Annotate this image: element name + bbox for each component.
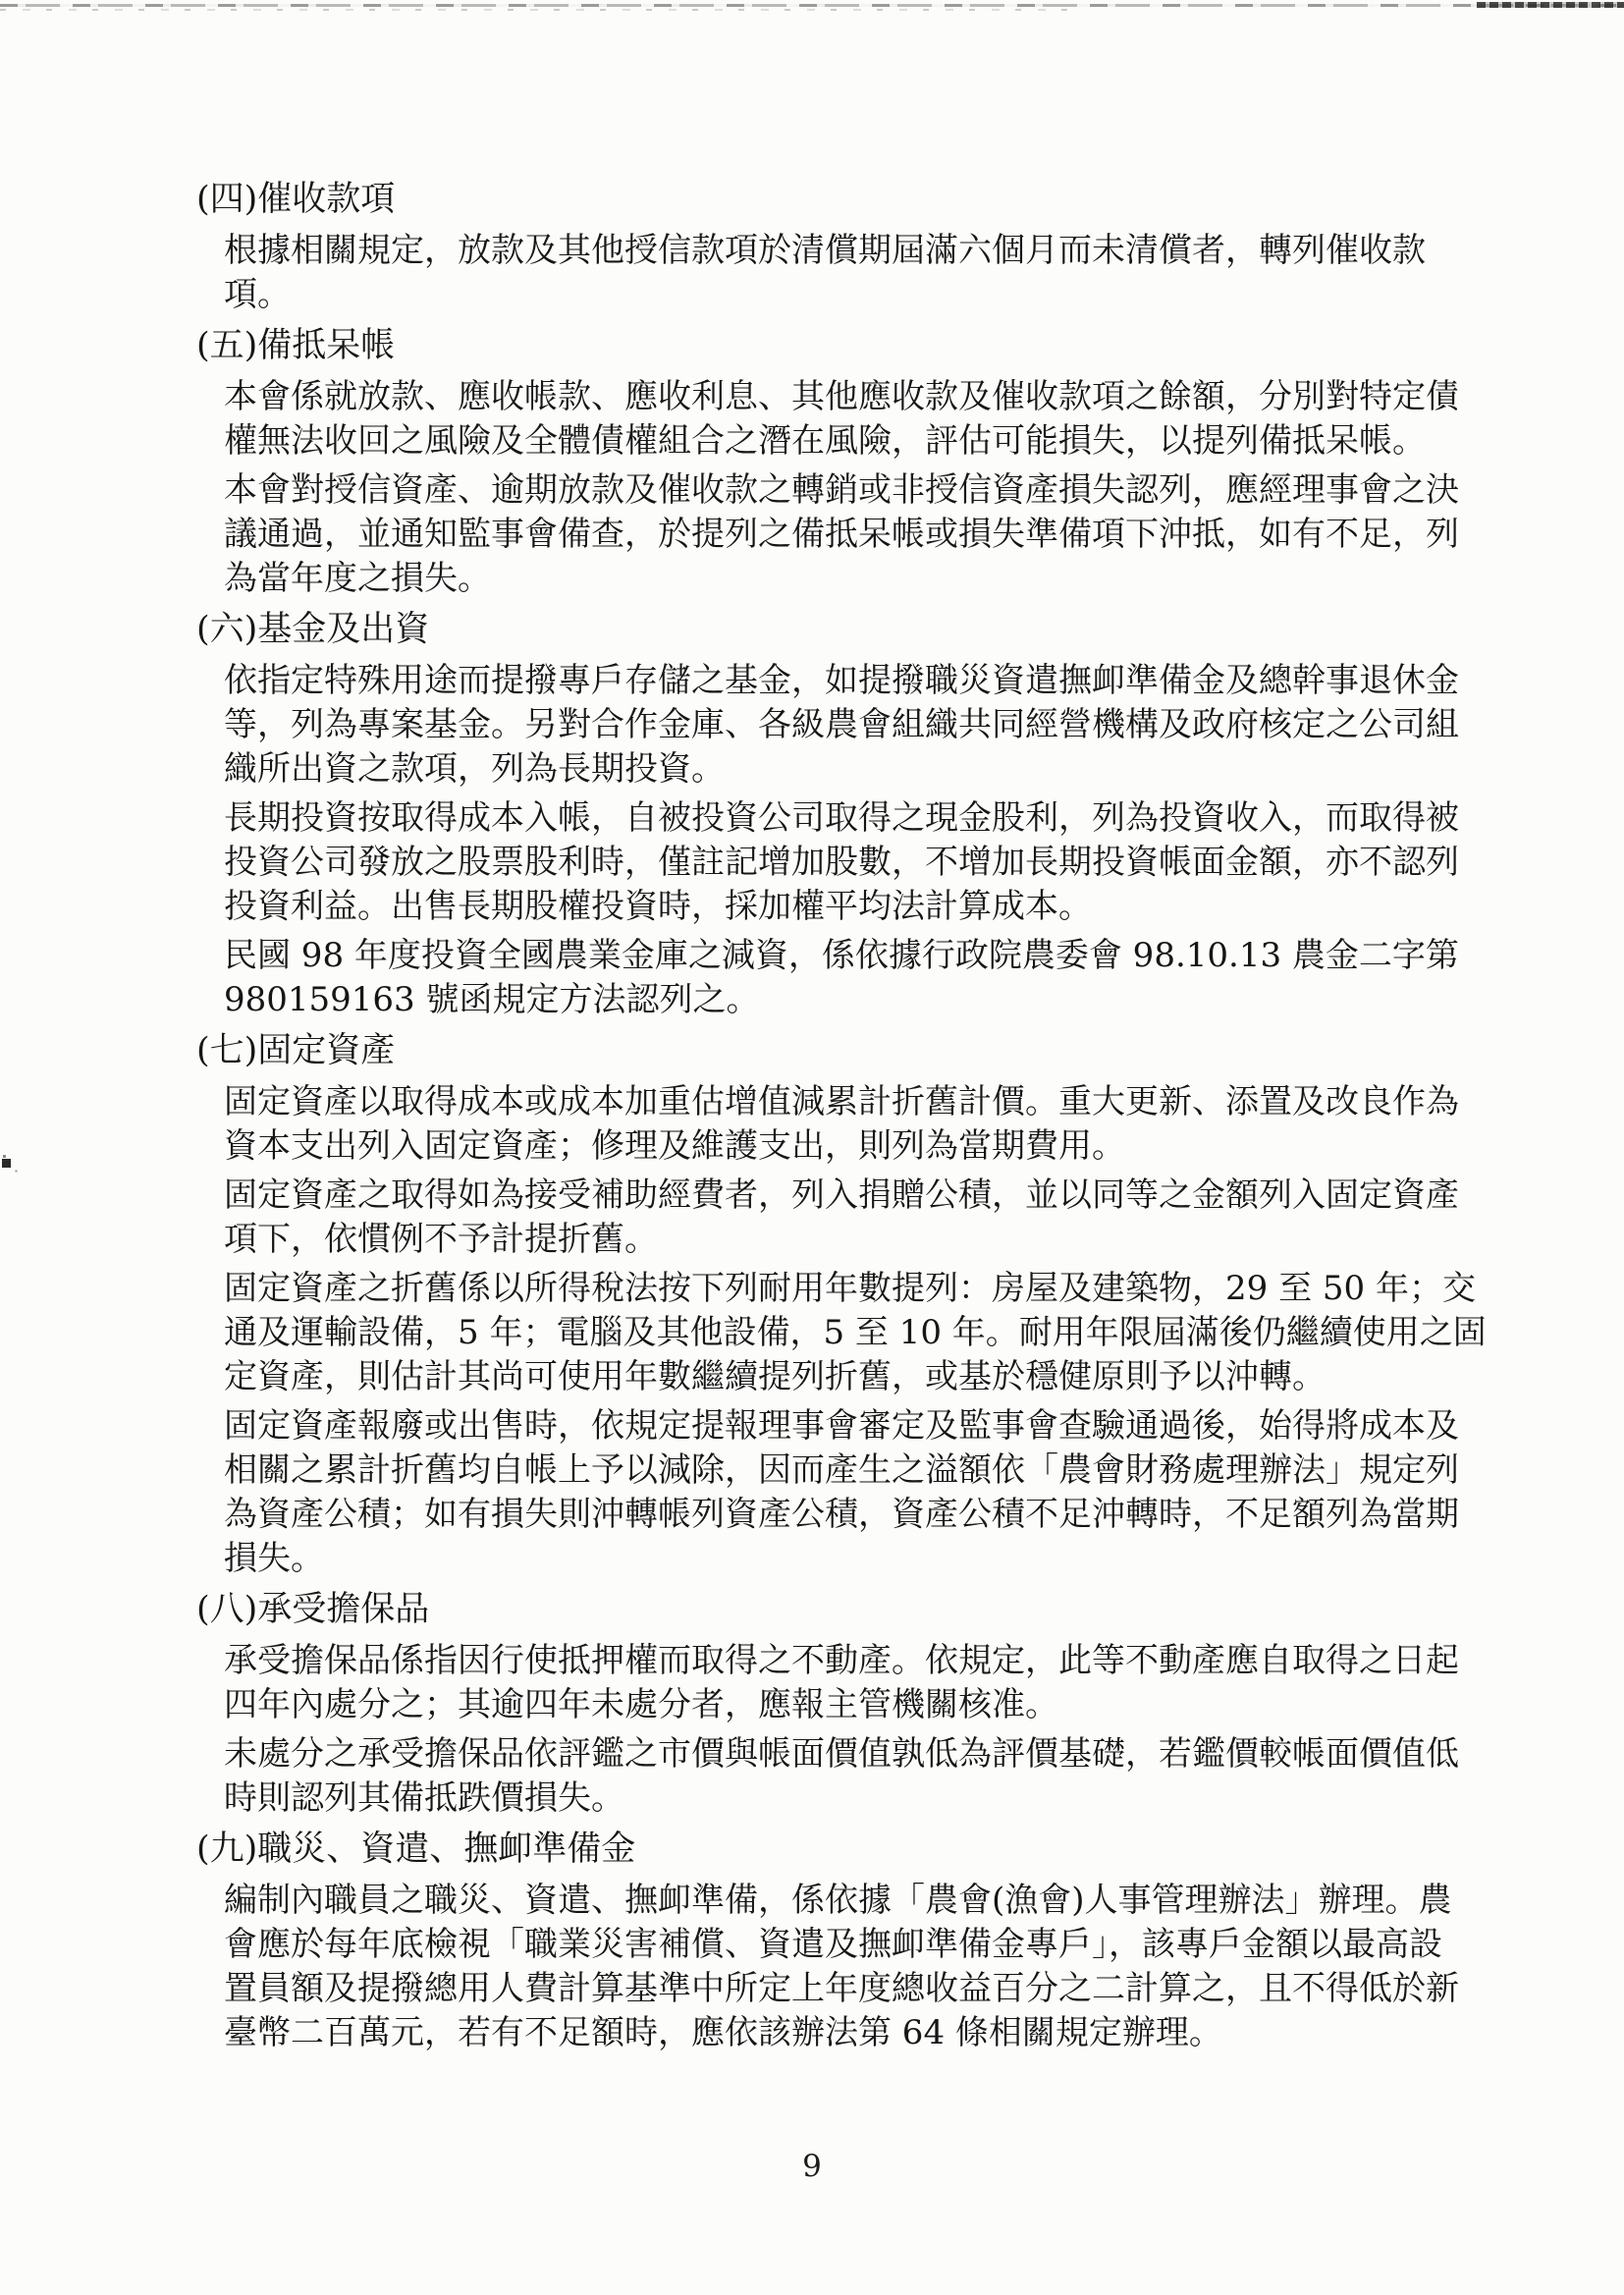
section-heading: (六)基金及出資 [196, 607, 429, 652]
body-line: 承受擔保品係指因行使抵押權而取得之不動產。依規定，此等不動產應自取得之日起 [224, 1638, 1459, 1683]
body-line: 四年內處分之；其逾四年未處分者，應報主管機關核准。 [224, 1682, 1058, 1727]
body-line: 本會對授信資產、逾期放款及催收款之轉銷或非授信資產損失認列，應經理事會之決 [224, 467, 1459, 513]
body-line: 項。 [224, 272, 291, 317]
body-line: 固定資產報廢或出售時，依規定提報理事會審定及監事會查驗通過後，始得將成本及 [224, 1403, 1459, 1448]
body-line: 本會係就放款、應收帳款、應收利息、其他應收款及催收款項之餘額，分別對特定債 [224, 374, 1459, 419]
scan-artifact-speck [2, 1159, 11, 1168]
section-heading: (四)催收款項 [196, 177, 395, 222]
body-line: 權無法收回之風險及全體債權組合之潛在風險，評估可能損失，以提列備抵呆帳。 [224, 418, 1426, 464]
body-line: 編制內職員之職災、資遣、撫卹準備，係依據「農會(漁會)人事管理辦法」辦理。農 [224, 1878, 1452, 1923]
page-number: 9 [0, 2149, 1624, 2184]
body-line: 議通過，並通知監事會備查，於提列之備抵呆帳或損失準備項下沖抵，如有不足，列 [224, 512, 1459, 557]
body-line: 長期投資按取得成本入帳，自被投資公司取得之現金股利，列為投資收入，而取得被 [224, 795, 1459, 841]
body-line: 定資產，則估計其尚可使用年數繼續提列折舊，或基於穩健原則予以沖轉。 [224, 1354, 1326, 1399]
body-line: 固定資產之取得如為接受補助經費者，列入捐贈公積，並以同等之金額列入固定資產 [224, 1173, 1459, 1218]
body-line: 為資產公積；如有損失則沖轉帳列資產公積，資產公積不足沖轉時，不足額列為當期 [224, 1492, 1459, 1537]
body-line: 980159163 號函規定方法認列之。 [224, 977, 760, 1022]
body-line: 未處分之承受擔保品依評鑑之市價與帳面價值孰低為評價基礎，若鑑價較帳面價值低 [224, 1731, 1459, 1776]
section-heading: (九)職災、資遣、撫卹準備金 [196, 1827, 635, 1872]
body-line: 時則認列其備抵跌價損失。 [224, 1776, 624, 1821]
scan-artifact-top-dots [0, 9, 1080, 11]
document-page: (四)催收款項根據相關規定，放款及其他授信款項於清償期屆滿六個月而未清償者，轉列… [0, 0, 1624, 2295]
section-heading: (八)承受擔保品 [196, 1587, 429, 1632]
body-line: 投資利益。出售長期股權投資時，採加權平均法計算成本。 [224, 884, 1092, 929]
body-line: 資本支出列入固定資產；修理及維護支出，則列為當期費用。 [224, 1123, 1125, 1169]
body-line: 通及運輸設備，5 年；電腦及其他設備，5 至 10 年。耐用年限屆滿後仍繼續使用… [224, 1310, 1487, 1355]
body-line: 依指定特殊用途而提撥專戶存儲之基金，如提撥職災資遣撫卹準備金及總幹事退休金 [224, 658, 1459, 703]
body-line: 損失。 [224, 1536, 324, 1581]
body-line: 織所出資之款項，列為長期投資。 [224, 746, 725, 792]
body-line: 固定資產以取得成本或成本加重估增值減累計折舊計價。重大更新、添置及改良作為 [224, 1079, 1459, 1124]
body-line: 置員額及提撥總用人費計算基準中所定上年度總收益百分之二計算之，且不得低於新 [224, 1966, 1459, 2011]
section-heading: (七)固定資產 [196, 1028, 395, 1073]
body-line: 固定資產之折舊係以所得稅法按下列耐用年數提列：房屋及建築物，29 至 50 年；… [224, 1266, 1476, 1311]
body-line: 臺幣二百萬元，若有不足額時，應依該辦法第 64 條相關規定辦理。 [224, 2010, 1222, 2055]
section-heading: (五)備抵呆帳 [196, 323, 395, 368]
scan-artifact-top-line [0, 4, 1624, 7]
body-line: 相關之累計折舊均自帳上予以減除，因而產生之溢額依「農會財務處理辦法」規定列 [224, 1448, 1459, 1493]
body-line: 會應於每年底檢視「職業災害補償、資遣及撫卹準備金專戶」，該專戶金額以最高設 [224, 1922, 1442, 1967]
body-line: 根據相關規定，放款及其他授信款項於清償期屆滿六個月而未清償者，轉列催收款 [224, 228, 1426, 273]
body-line: 投資公司發放之股票股利時，僅註記增加股數，不增加長期投資帳面金額，亦不認列 [224, 840, 1459, 885]
body-line: 等，列為專案基金。另對合作金庫、各級農會組織共同經營機構及政府核定之公司組 [224, 702, 1459, 747]
body-line: 項下，依慣例不予計提折舊。 [224, 1217, 658, 1262]
body-line: 為當年度之損失。 [224, 556, 491, 601]
scan-artifact-top-right [1477, 2, 1624, 8]
body-line: 民國 98 年度投資全國農業金庫之減資，係依據行政院農委會 98.10.13 農… [224, 933, 1459, 978]
